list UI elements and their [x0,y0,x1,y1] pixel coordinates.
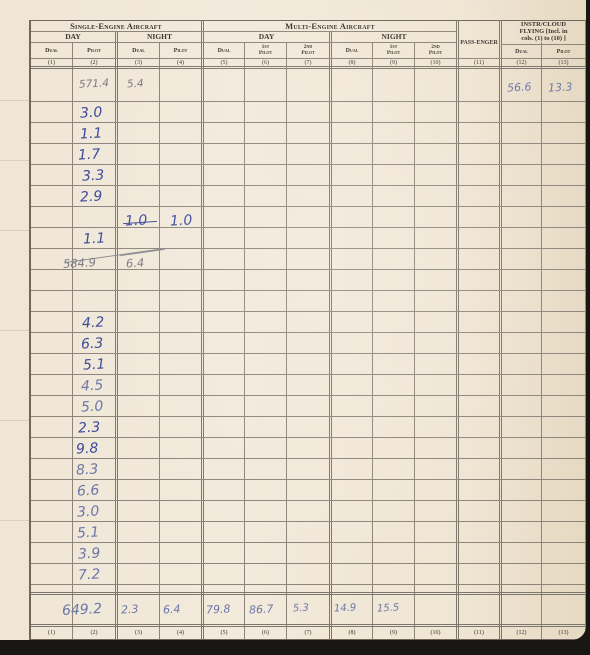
entry-col2: 9.8 [76,441,99,456]
col-divider [499,20,502,640]
carried-forward-col3: 5.4 [127,79,144,90]
col-1-label: Dual [31,43,72,58]
total-col5: 79.8 [206,603,231,615]
row-rule [31,542,585,543]
row-rule [31,164,585,165]
col-divider [159,42,160,640]
total-col3: 2.3 [121,604,139,616]
row-rule [31,563,585,564]
col-7-number: (7) [287,59,329,66]
frame-bottom [29,639,585,640]
entry-col2: 3.3 [82,168,105,183]
entry-col2: 1.1 [80,126,103,141]
logbook-page: Single-Engine Aircraft Multi-Engine Airc… [0,0,586,640]
row-rule [31,332,585,333]
row-rule [31,185,585,186]
row-rule [31,122,585,123]
col-3-number: (3) [118,59,159,66]
col-9-number: (9) [373,59,414,66]
header-multi-engine: Multi-Engine Aircraft [204,21,456,31]
entry-col2: 1.7 [78,147,101,162]
row-rule [31,416,585,417]
entry-col2: 7.2 [78,567,101,582]
col-8-number: (8) [332,59,372,66]
total-col8: 14.9 [334,603,357,614]
total-col4: 6.4 [163,604,181,616]
col-divider [414,42,415,640]
col-5-label: Dual [204,43,244,58]
footer-col-9: (9) [373,628,414,638]
row-rule [31,395,585,396]
col-12-number: (12) [502,59,541,66]
row-rule [31,227,585,228]
row-rule [31,374,585,375]
row-rule [31,458,585,459]
entry-col2: 1.1 [83,231,106,246]
footer-col-3: (3) [118,628,159,638]
footer-col-5: (5) [204,628,244,638]
total-rule [31,592,585,595]
total-col6: 86.7 [249,603,274,615]
entry-col2: 2.3 [78,420,101,435]
entry-col2: 3.9 [78,546,101,561]
carried-forward-col12: 56.6 [507,81,532,93]
col-3-label: Dual [118,43,159,58]
col-divider [372,42,373,640]
col-7-label-2: Pilot [301,51,314,57]
entry-col2: 3.0 [77,504,100,519]
col-divider [72,42,73,640]
col-divider [201,20,204,640]
col-6-label: 1st Pilot [245,43,286,58]
footer-col-10: (10) [415,628,456,638]
col-6-label-2: Pilot [259,51,272,57]
col-5-number: (5) [204,59,244,66]
col-4-number: (4) [160,59,201,66]
subtotal-col3: 6.4 [126,258,145,270]
row-rule [31,248,585,249]
header-instr-cloud: INSTR/CLOUD FLYING [Incl. in cols. (1) t… [502,21,585,44]
col-13-label: Pilot [542,45,585,58]
total-col7: 5.3 [293,604,309,615]
col-divider [541,42,542,640]
col-7-label: 2nd Pilot [287,43,329,58]
footer-col-2: (2) [73,628,115,638]
total-col2: 649.2 [62,602,103,618]
col-2-number: (2) [73,59,115,66]
entry-col2: 6.6 [77,483,100,498]
col-12-label: Dual [502,45,541,58]
entry-col2: 5.1 [83,357,106,372]
col-divider [244,42,245,640]
row-rule [31,500,585,501]
row-rule [31,521,585,522]
header-single-engine: Single-Engine Aircraft [31,21,201,31]
col-8-label: Dual [332,43,372,58]
header-se-day: DAY [31,32,115,42]
header-rule [31,66,585,69]
total-col9: 15.5 [377,603,400,614]
col-13-number: (13) [542,59,585,66]
row-rule [31,290,585,291]
entry-col2: 4.2 [82,315,105,330]
col-9-label: 1st Pilot [373,43,414,58]
row-rule [31,206,585,207]
subtotal-col2: 584.9 [63,257,96,270]
col-10-number: (10) [415,59,456,66]
footer-col-4: (4) [160,628,201,638]
entry-col2: 4.5 [81,378,104,393]
col-11-number: (11) [459,59,499,66]
col-10-label: 2nd Pilot [415,43,456,58]
header-me-day: DAY [204,32,329,42]
col-9-label-2: Pilot [387,51,400,57]
entry-col2: 8.3 [76,462,99,477]
footer-col-7: (7) [287,628,329,638]
footer-col-1: (1) [31,628,72,638]
footer-col-13: (13) [542,628,585,638]
header-se-night: NIGHT [118,32,201,42]
instr-line-3: cols. (1) to (10) ] [521,36,566,43]
header-passenger: Pass-enger [459,28,499,58]
row-rule [31,143,585,144]
footer-col-8: (8) [332,628,372,638]
footer-rule [31,624,585,627]
entry-col4: 1.0 [170,213,193,228]
footer-col-6: (6) [245,628,286,638]
row-rule [31,437,585,438]
col-1-number: (1) [31,59,72,66]
footer-col-11: (11) [459,628,499,638]
col-divider [456,20,459,640]
col-2-label: Pilot [73,43,115,58]
entry-col2: 2.9 [80,189,103,204]
row-rule [31,101,585,102]
row-rule [31,311,585,312]
row-rule [31,479,585,480]
row-rule [31,584,585,585]
row-rule [31,353,585,354]
carried-forward-col13: 13.3 [548,81,573,93]
entry-col2: 6.3 [81,336,104,351]
footer-col-12: (12) [502,628,541,638]
col-4-label: Pilot [160,43,201,58]
col-divider [585,20,586,640]
col-6-number: (6) [245,59,286,66]
col-divider [286,42,287,640]
col-10-label-2: Pilot [429,51,442,57]
entry-col2: 5.0 [81,399,104,414]
entry-col2: 3.0 [80,105,103,120]
entry-col2: 5.1 [77,525,100,540]
carried-forward-col2: 571.4 [79,78,110,90]
header-me-night: NIGHT [332,32,456,42]
row-rule [31,269,585,270]
frame-left [29,20,31,640]
